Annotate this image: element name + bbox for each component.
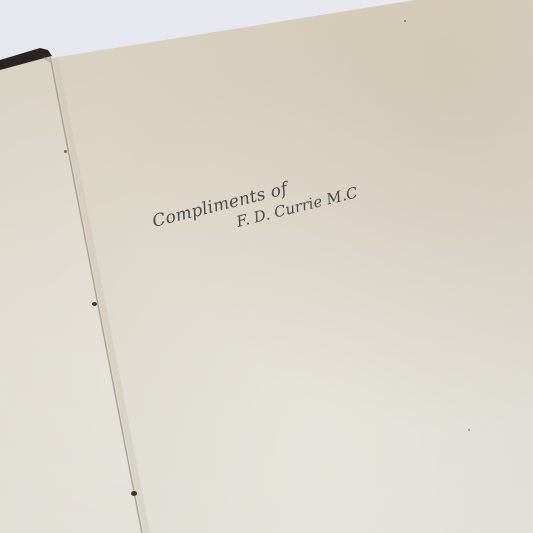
handwritten-inscription: Compliments of F. D. Currie M.C: [150, 155, 410, 245]
stitch-mark: [92, 302, 97, 306]
book-photo: Compliments of F. D. Currie M.C: [0, 0, 533, 533]
stitch-mark: [64, 150, 67, 153]
foxing-spot: [404, 20, 406, 22]
foxing-spot: [468, 429, 470, 431]
stitch-mark: [131, 491, 137, 496]
